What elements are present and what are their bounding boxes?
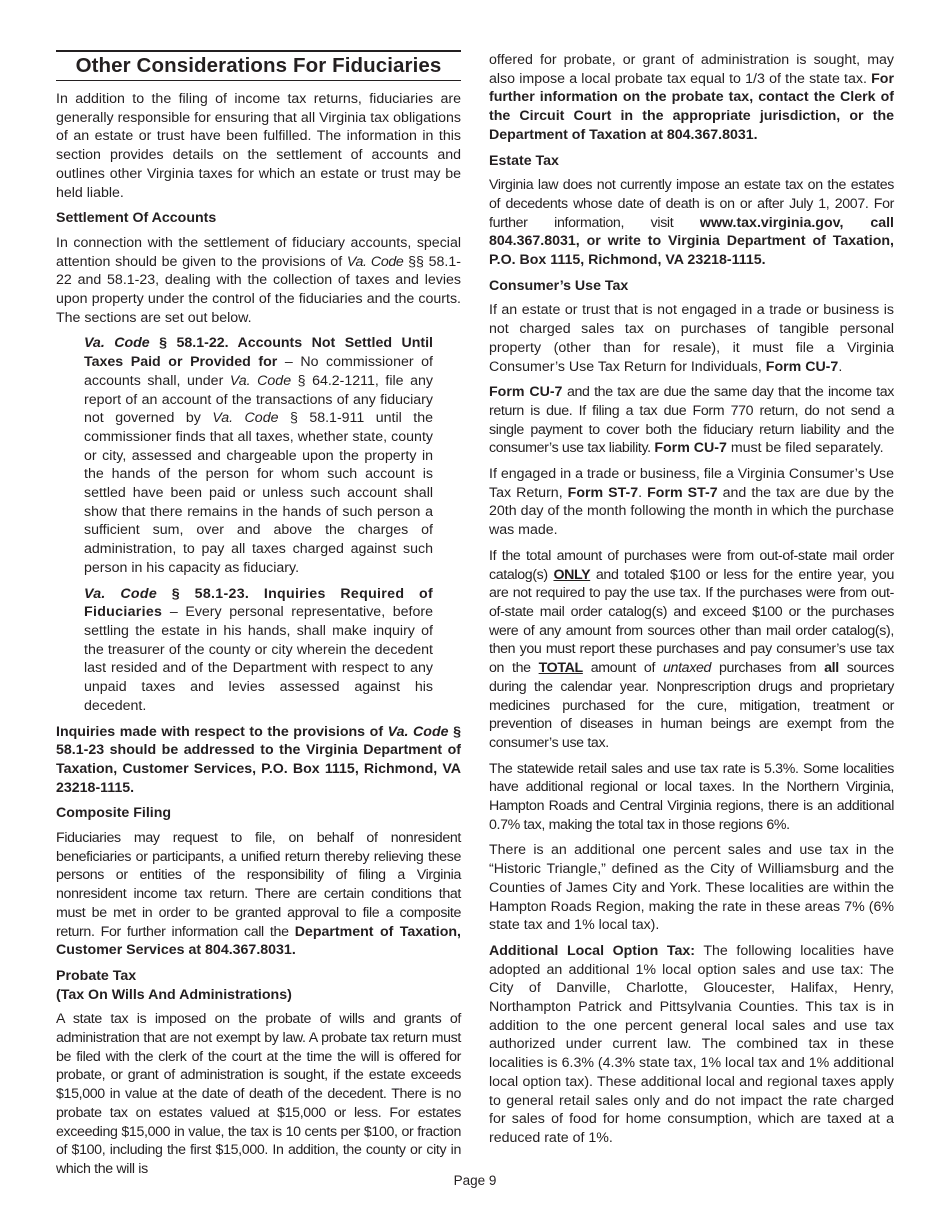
- code-ref: Va. Code: [84, 335, 150, 351]
- form-ref: Form ST-7: [647, 485, 717, 501]
- composite-paragraph: Fiduciaries may request to file, on beha…: [56, 829, 461, 960]
- form-ref: Form CU-7: [766, 359, 839, 375]
- probate-heading: Probate Tax (Tax On Wills And Administra…: [56, 967, 461, 1004]
- use-tax-paragraph-6: There is an additional one percent sales…: [489, 841, 894, 935]
- composite-heading: Composite Filing: [56, 804, 461, 823]
- settlement-paragraph: In connection with the settlement of fid…: [56, 234, 461, 328]
- page-number: Page 9: [0, 1172, 950, 1191]
- local-option-label: Additional Local Option Tax:: [489, 943, 695, 959]
- text: § 58.1-911 until the commissioner finds …: [84, 410, 433, 576]
- page-title: Other Considerations For Fiduciaries: [56, 50, 461, 81]
- use-tax-paragraph-2: Form CU-7 and the tax are due the same d…: [489, 383, 894, 458]
- emphasis-total: TOTAL: [539, 660, 583, 676]
- estate-heading: Estate Tax: [489, 152, 894, 171]
- use-tax-paragraph-4: If the total amount of purchases were fr…: [489, 547, 894, 753]
- code-ref: Va. Code: [388, 724, 449, 740]
- right-column: offered for probate, or grant of adminis…: [489, 51, 894, 1155]
- text: purchases from: [711, 660, 824, 676]
- code-ref: Va. Code: [347, 254, 404, 270]
- local-option-tax-paragraph: Additional Local Option Tax: The followi…: [489, 942, 894, 1148]
- code-58-1-23: Va. Code § 58.1-23. Inquiries Required o…: [84, 585, 433, 716]
- settlement-heading: Settlement Of Accounts: [56, 209, 461, 228]
- estate-paragraph: Virginia law does not currently impose a…: [489, 176, 894, 270]
- form-ref: Form CU-7: [489, 384, 562, 400]
- form-ref: Form ST-7: [568, 485, 638, 501]
- text: – Every personal representative, before …: [84, 604, 433, 714]
- code-ref: Va. Code: [212, 410, 278, 426]
- emphasis-untaxed: untaxed: [663, 660, 711, 676]
- inquiries-paragraph: Inquiries made with respect to the provi…: [56, 723, 461, 798]
- code-58-1-22: Va. Code § 58.1-22. Accounts Not Settled…: [84, 334, 433, 577]
- form-ref: Form CU-7: [654, 440, 727, 456]
- probate-paragraph: A state tax is imposed on the probate of…: [56, 1010, 461, 1178]
- probate-continued-paragraph: offered for probate, or grant of adminis…: [489, 51, 894, 145]
- use-tax-heading: Consumer’s Use Tax: [489, 277, 894, 296]
- use-tax-paragraph-1: If an estate or trust that is not engage…: [489, 301, 894, 376]
- probate-heading-line2: (Tax On Wills And Administrations): [56, 986, 461, 1005]
- text: must be filed separately.: [727, 440, 884, 456]
- probate-heading-line1: Probate Tax: [56, 967, 461, 986]
- use-tax-paragraph-5: The statewide retail sales and use tax r…: [489, 760, 894, 835]
- emphasis-all: all: [824, 660, 839, 676]
- text: Inquiries made with respect to the provi…: [56, 724, 388, 740]
- code-ref: Va. Code: [230, 373, 291, 389]
- text: The following localities have adopted an…: [489, 943, 894, 1146]
- use-tax-paragraph-3: If engaged in a trade or business, file …: [489, 465, 894, 540]
- left-column: Other Considerations For Fiduciaries In …: [56, 48, 461, 1186]
- text: offered for probate, or grant of adminis…: [489, 52, 894, 87]
- emphasis-only: ONLY: [553, 567, 590, 583]
- code-ref: Va. Code: [84, 586, 157, 602]
- intro-paragraph: In addition to the filing of income tax …: [56, 90, 461, 202]
- page-title-text: Other Considerations For Fiduciaries: [76, 57, 442, 76]
- text: amount of: [583, 660, 663, 676]
